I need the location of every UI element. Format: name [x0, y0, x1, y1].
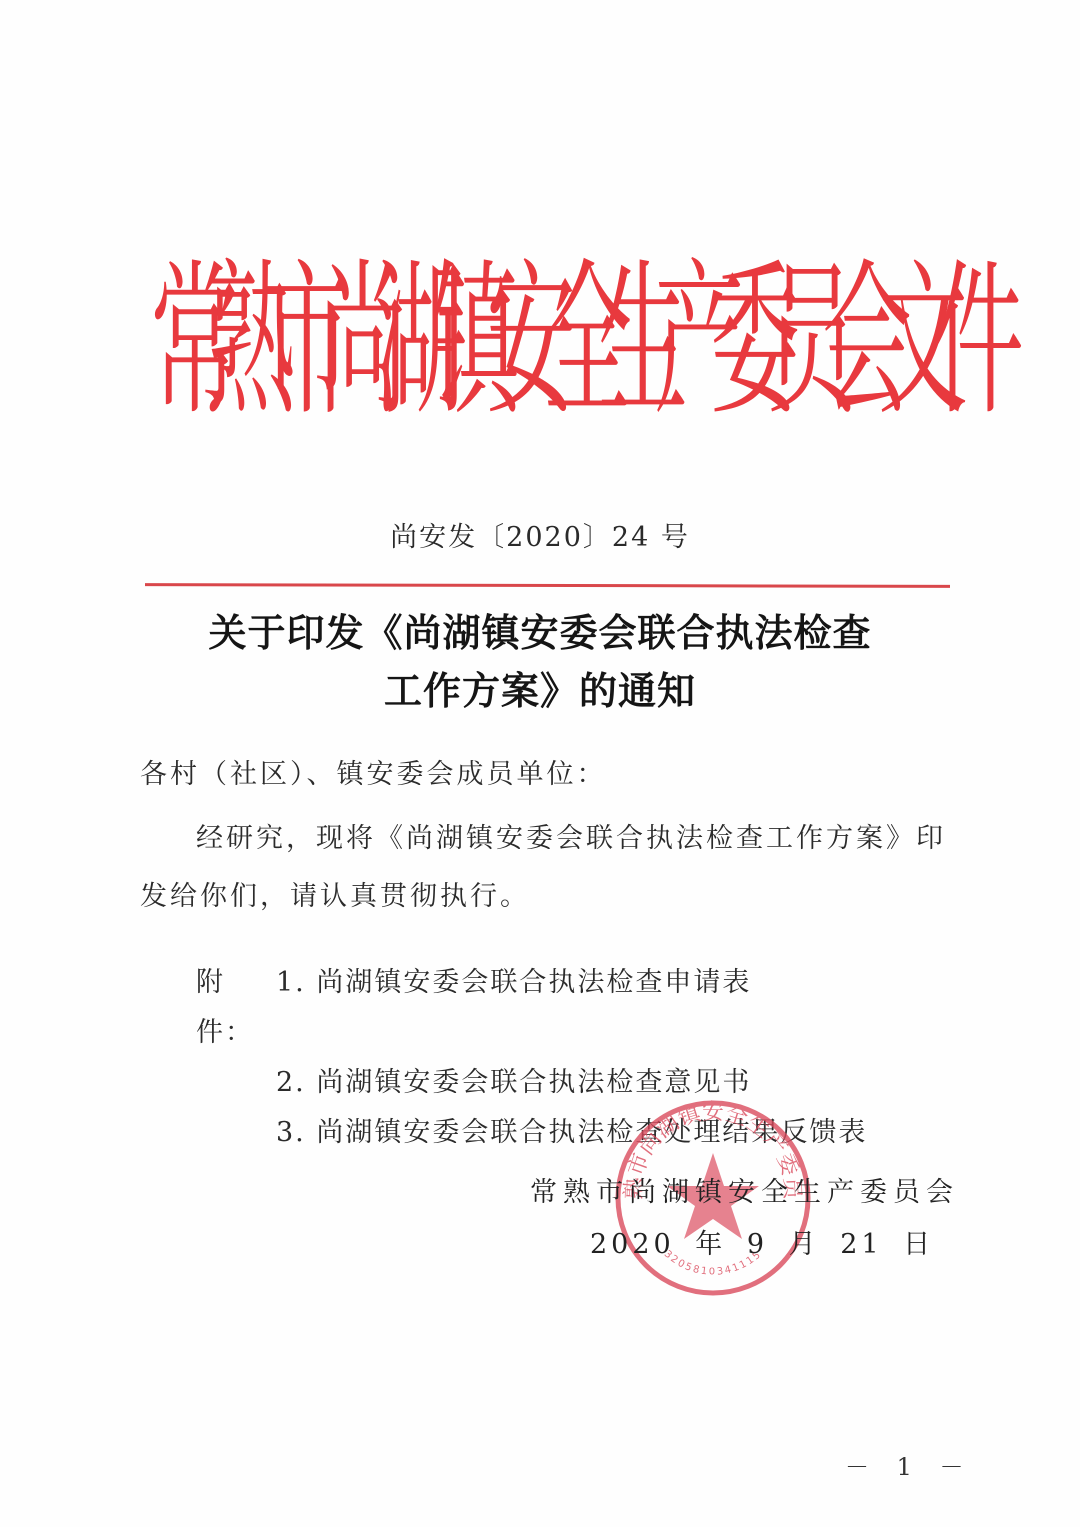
masthead-char: 熟: [206, 260, 262, 427]
salutation: 各村（社区）、镇安委会成员单位：: [140, 752, 950, 791]
attachments-label: 附件：: [196, 958, 276, 1058]
masthead-char: 会: [822, 260, 878, 427]
masthead-char: 委: [710, 260, 766, 427]
masthead-char: 产: [654, 260, 710, 427]
masthead-char: 尚: [318, 260, 374, 427]
page-number: － 1 －: [845, 1447, 974, 1482]
masthead-char: 员: [766, 260, 822, 427]
document-number: 尚安发〔2020〕24 号: [0, 515, 1080, 554]
masthead-char: 件: [934, 260, 990, 427]
red-divider-rule: [145, 583, 950, 588]
notice-title: 关于印发《尚湖镇安委会联合执法检查 工作方案》的通知: [0, 605, 1080, 721]
masthead-char: 常: [150, 260, 206, 427]
title-line-2: 工作方案》的通知: [0, 663, 1080, 721]
masthead-char: 湖: [374, 260, 430, 427]
masthead-char: 镇: [430, 260, 486, 427]
issue-date: 2020 年 9 月 21 日: [590, 1222, 934, 1261]
issuer-signature: 常熟市尚湖镇安全生产委员会: [530, 1170, 959, 1209]
masthead-title: 常 熟 市 尚 湖 镇 安 全 生 产 委 员 会 文 件: [150, 258, 950, 428]
masthead-char: 文: [878, 260, 934, 427]
body-paragraph: 经研究，现将《尚湖镇安委会联合执法检查工作方案》印发给你们，请认真贯彻执行。: [140, 810, 950, 926]
masthead-char: 全: [542, 260, 598, 427]
masthead-char: 安: [486, 260, 542, 427]
attachment-item: 1. 尚湖镇安委会联合执法检查申请表: [276, 958, 751, 1058]
title-line-1: 关于印发《尚湖镇安委会联合执法检查: [0, 605, 1080, 663]
document-page: 常 熟 市 尚 湖 镇 安 全 生 产 委 员 会 文 件 尚安发〔2020〕2…: [0, 0, 1080, 1527]
masthead-char: 生: [598, 260, 654, 427]
attachment-row: 附件： 1. 尚湖镇安委会联合执法检查申请表: [196, 958, 867, 1058]
masthead-char: 市: [262, 260, 318, 427]
